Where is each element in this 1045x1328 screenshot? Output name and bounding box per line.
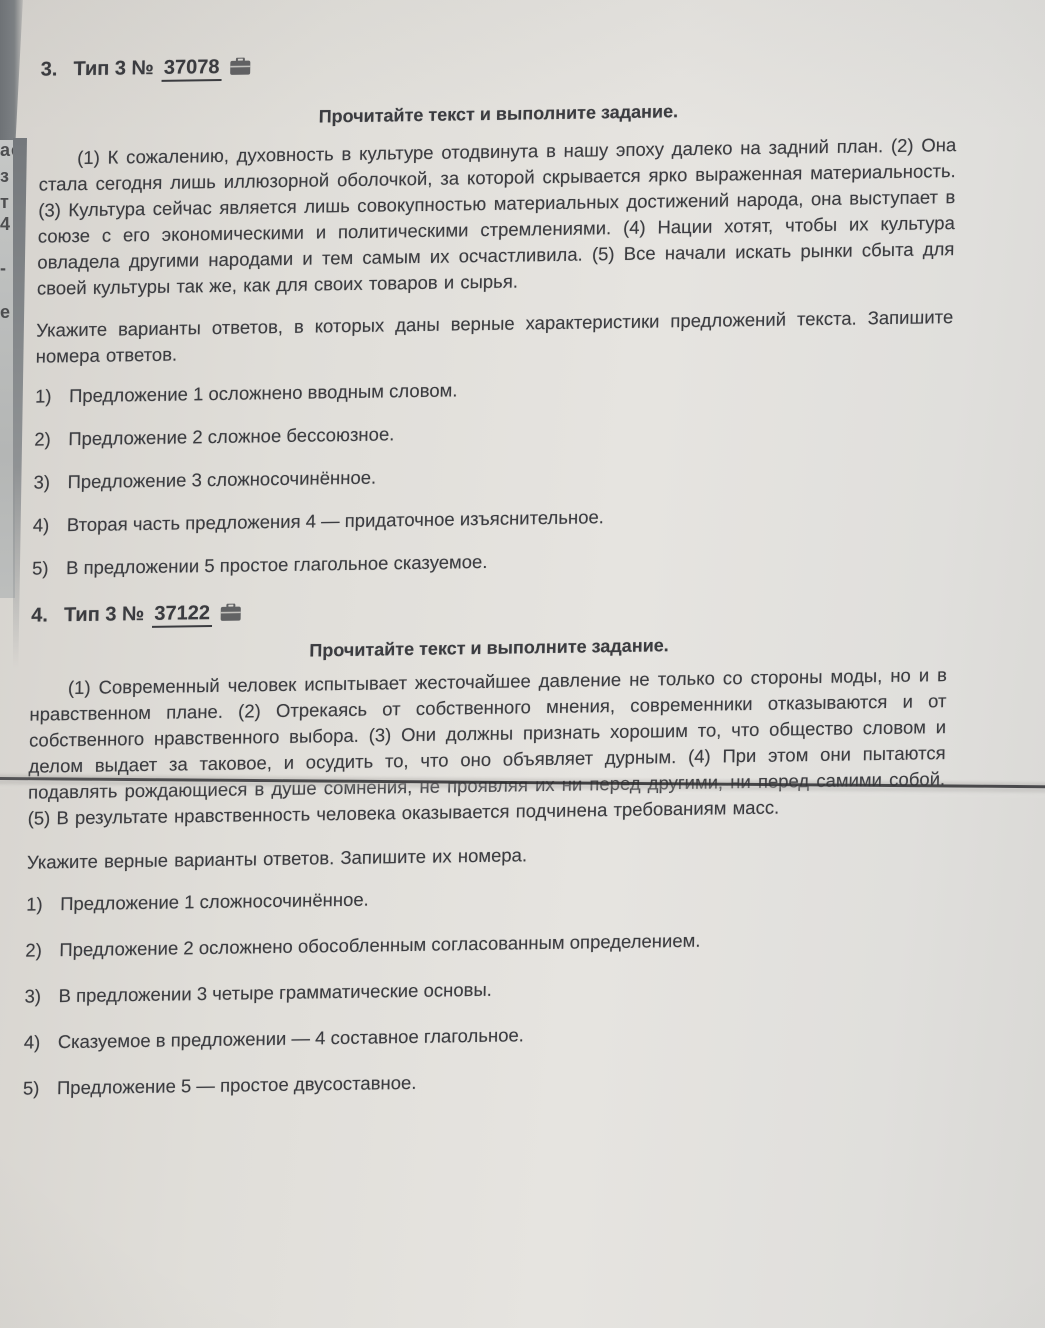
task-header: 3.Тип 3 №37078 xyxy=(41,42,958,84)
option-number: 3) xyxy=(24,983,58,1010)
option-item: 1)Предложение 1 сложносочинённое. xyxy=(26,878,943,918)
task-instruction-title: Прочитайте текст и выполните задание. xyxy=(40,94,957,134)
option-item: 5)Предложение 5 — простое двусоставное. xyxy=(23,1062,940,1102)
option-number: 4) xyxy=(33,512,67,539)
passage-text: (1) К сожалению, духовность в культуре о… xyxy=(37,132,957,302)
question-text: Укажите верные варианты ответов. Запишит… xyxy=(27,836,944,876)
option-text: Предложение 1 осложнено вводным словом. xyxy=(69,370,952,409)
option-number: 5) xyxy=(32,555,66,582)
option-number: 2) xyxy=(34,426,68,453)
task-id-link: 37122 xyxy=(152,602,212,628)
option-text: Вторая часть предложения 4 — придаточное… xyxy=(67,499,950,538)
option-item: 1)Предложение 1 осложнено вводным словом… xyxy=(35,370,952,410)
task-4: 4.Тип 3 №37122 Прочитайте текст и выполн… xyxy=(23,588,949,1102)
briefcase-icon xyxy=(220,604,241,622)
option-text: В предложении 5 простое глагольное сказу… xyxy=(66,542,949,581)
option-number: 5) xyxy=(23,1075,57,1102)
task-id-link: 37078 xyxy=(162,56,222,82)
briefcase-icon xyxy=(229,58,250,76)
option-item: 4)Сказуемое в предложении — 4 составное … xyxy=(24,1016,941,1056)
task-3: 3.Тип 3 №37078 Прочитайте текст и выполн… xyxy=(32,42,958,582)
photographed-exam-page: ае з т 4 - е 3.Тип 3 №37078 Прочитайте т… xyxy=(0,0,1045,1328)
option-text: Предложение 5 — простое двусоставное. xyxy=(57,1062,940,1101)
option-text: Предложение 2 сложное бессоюзное. xyxy=(68,413,951,452)
option-text: Предложение 2 осложнено обособленным сог… xyxy=(59,924,942,963)
options-list: 1)Предложение 1 осложнено вводным словом… xyxy=(32,370,952,582)
option-item: 3)Предложение 3 сложносочинённое. xyxy=(33,456,950,496)
option-text: Предложение 1 сложносочинённое. xyxy=(60,878,943,917)
option-text: Предложение 3 сложносочинённое. xyxy=(67,456,950,495)
task-header: 4.Тип 3 №37122 xyxy=(31,588,948,630)
question-text: Укажите варианты ответов, в которых даны… xyxy=(36,304,954,370)
option-item: 2)Предложение 2 осложнено обособленным с… xyxy=(25,924,942,964)
option-item: 5)В предложении 5 простое глагольное ска… xyxy=(32,542,949,582)
option-text: В предложении 3 четыре грамматические ос… xyxy=(58,970,941,1009)
task-type-label: Тип 3 № xyxy=(73,57,154,80)
task-instruction-title: Прочитайте текст и выполните задание. xyxy=(30,628,947,668)
option-item: 4)Вторая часть предложения 4 — придаточн… xyxy=(33,499,950,539)
sheet-content: 3.Тип 3 №37078 Прочитайте текст и выполн… xyxy=(0,0,1045,1122)
option-item: 2)Предложение 2 сложное бессоюзное. xyxy=(34,413,951,453)
option-number: 2) xyxy=(25,937,59,964)
task-number: 3. xyxy=(41,58,58,80)
option-number: 1) xyxy=(35,383,69,410)
passage-text: (1) Современный человек испытывает жесто… xyxy=(27,662,947,832)
option-number: 1) xyxy=(26,891,60,918)
task-number: 4. xyxy=(31,604,48,626)
task-type-label: Тип 3 № xyxy=(64,603,145,626)
options-list: 1)Предложение 1 сложносочинённое. 2)Пред… xyxy=(23,878,944,1102)
option-number: 4) xyxy=(24,1029,58,1056)
option-number: 3) xyxy=(33,469,67,496)
option-text: Сказуемое в предложении — 4 составное гл… xyxy=(58,1016,941,1055)
option-item: 3)В предложении 3 четыре грамматические … xyxy=(24,970,941,1010)
